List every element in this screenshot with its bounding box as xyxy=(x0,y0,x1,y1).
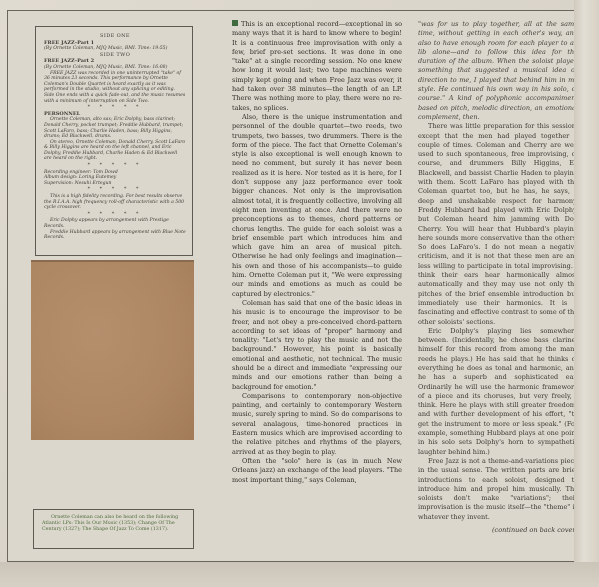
separator-stars: * * * * * xyxy=(44,105,186,111)
liner-paragraph: Eric Dolphy's playing lies somewhere bet… xyxy=(418,327,578,457)
liner-paragraph: Coleman has said that one of the basic i… xyxy=(232,299,402,392)
liner-paragraph: There was little preparation for this se… xyxy=(418,122,578,327)
liner-notes-middle-column: This is an exceptional record—exceptiona… xyxy=(232,20,402,485)
track1-meta: (By Ornette Coleman, MJQ Music, BMI. Tim… xyxy=(44,46,186,52)
photo-placeholder xyxy=(31,260,194,440)
separator-stars: * * * * * xyxy=(44,163,186,169)
credits-box: SIDE ONE FREE JAZZ–Part 1 (By Ornette Co… xyxy=(35,26,193,256)
hifi-note: This is a high fidelity recording. For b… xyxy=(44,194,186,211)
green-square-bullet-icon xyxy=(232,20,238,26)
track2-meta: (By Ornette Coleman, MJQ Music, BMI. Tim… xyxy=(44,65,186,71)
liner-paragraph: Also, there is the unique instrumentatio… xyxy=(232,113,402,299)
hubbard-note: Freddie Hubbard appears by arrangement w… xyxy=(44,230,186,241)
liner-paragraph: Often the "solo" here is (as in much New… xyxy=(232,457,402,485)
sleeve-edge-right xyxy=(574,0,599,587)
separator-stars: * * * * * xyxy=(44,187,186,193)
stereo-note: On stereo, Ornette Coleman, Donald Cherr… xyxy=(44,140,186,162)
sleeve-edge-bottom xyxy=(0,562,599,587)
liner-paragraph: Free Jazz is not a theme-and-variations … xyxy=(418,457,578,522)
liner-paragraph: "was for us to play together, all at the… xyxy=(418,20,578,122)
personnel-list: Ornette Coleman, alto sax; Eric Dolphy, … xyxy=(44,117,186,139)
liner-paragraph: Comparisons to contemporary non-objectiv… xyxy=(232,392,402,457)
separator-stars: * * * * * xyxy=(44,212,186,218)
dolphy-note: Eric Dolphy appears by arrangement with … xyxy=(44,218,186,229)
album-back-cover: SIDE ONE FREE JAZZ–Part 1 (By Ornette Co… xyxy=(0,0,599,587)
continued-note: (continued on back cover) xyxy=(418,526,578,535)
recording-note: FREE JAZZ was recorded in one uninterrup… xyxy=(44,71,186,105)
liner-paragraph-text: This is an exceptional record—exceptiona… xyxy=(232,20,402,112)
side-one-label: SIDE ONE xyxy=(44,34,186,40)
other-lps-box: Ornette Coleman can also be heard on the… xyxy=(33,509,194,549)
liner-paragraph: This is an exceptional record—exceptiona… xyxy=(232,20,402,113)
liner-notes-right-column: "was for us to play together, all at the… xyxy=(418,20,578,535)
